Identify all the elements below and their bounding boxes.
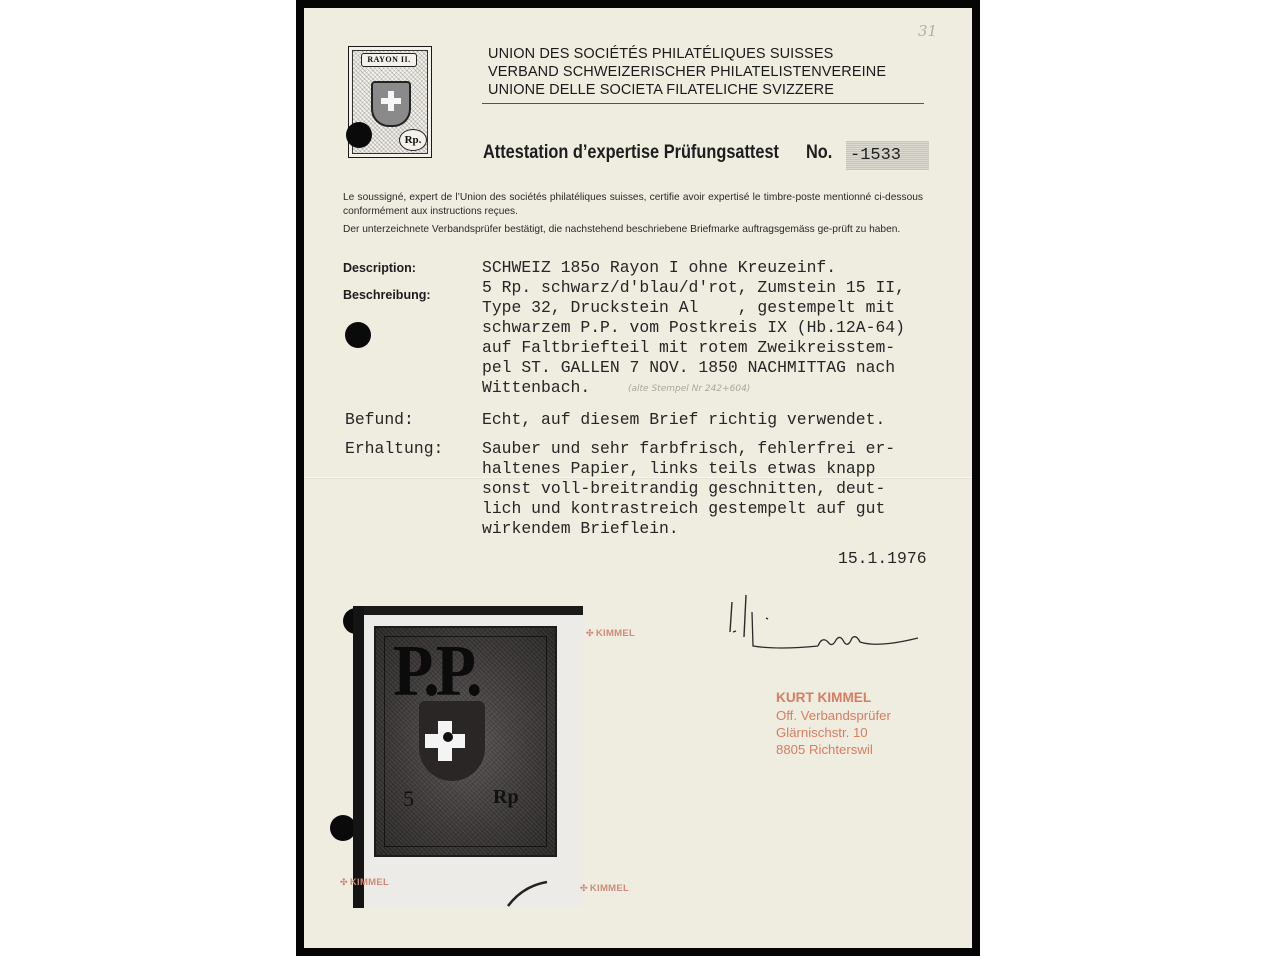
- photo-top-edge: [353, 606, 583, 615]
- expert-stamp-street: Glärnischstr. 10: [776, 725, 868, 740]
- pp-cancellation: P.P.: [393, 630, 479, 714]
- number-label: No.: [806, 142, 832, 164]
- intro-german: Der unterzeichnete Verbandsprüfer bestät…: [343, 223, 923, 237]
- swiss-cross-icon: ✣: [586, 628, 594, 638]
- guarantee-mark: ✣KIMMEL: [340, 877, 389, 888]
- certificate-date: 15.1.1976: [838, 549, 927, 569]
- guarantee-mark-text: KIMMEL: [350, 877, 389, 888]
- org-name-italian: UNIONE DELLE SOCIETA FILATELICHE SVIZZER…: [488, 82, 834, 98]
- certificate-title: Attestation d’expertise Prüfungsattest: [483, 142, 779, 164]
- punch-hole: [346, 122, 372, 148]
- erhaltung-line: sonst voll-breitrandig geschnitten, deut…: [482, 479, 885, 499]
- description-line: SCHWEIZ 185o Rayon I ohne Kreuzeinf.: [482, 258, 836, 278]
- certificate-number: -1533: [846, 141, 929, 170]
- erhaltung-line: haltenes Papier, links teils etwas knapp: [482, 459, 875, 479]
- expert-stamp-name: KURT KIMMEL: [776, 690, 871, 705]
- befund-text: Echt, auf diesem Brief richtig verwendet…: [482, 410, 885, 430]
- expert-stamp-city: 8805 Richterswil: [776, 742, 873, 757]
- stamp-photograph: P.P. 5 Rp: [353, 606, 583, 908]
- swiss-cross-icon: ✣: [580, 883, 588, 893]
- intro-french: Le soussigné, expert de l’Union des soci…: [343, 191, 923, 219]
- org-name-french: UNION DES SOCIÉTÉS PHILATÉLIQUES SUISSES: [488, 46, 833, 62]
- guarantee-mark-text: KIMMEL: [596, 628, 635, 639]
- erhaltung-line: wirkendem Brieflein.: [482, 519, 679, 539]
- erhaltung-line: lich und kontrastreich gestempelt auf gu…: [482, 499, 885, 519]
- pencil-annotation: (alte Stempel Nr 242+604): [628, 384, 750, 394]
- org-name-german: VERBAND SCHWEIZERISCHER PHILATELISTENVER…: [488, 64, 886, 80]
- description-line: schwarzem P.P. vom Postkreis IX (Hb.12A-…: [482, 318, 905, 338]
- description-line: Type 32, Druckstein Al , gestempelt mit: [482, 298, 895, 318]
- label-beschreibung: Beschreibung:: [343, 288, 431, 302]
- erhaltung-line: Sauber und sehr farbfrisch, fehlerfrei e…: [482, 439, 895, 459]
- stamp-currency: Rp: [493, 786, 519, 809]
- logo-denomination: Rp.: [399, 129, 427, 151]
- punch-hole-small: [443, 732, 453, 742]
- logo-banner: RAYON II.: [361, 53, 417, 67]
- description-line: Wittenbach.: [482, 378, 590, 398]
- swiss-shield-icon: [371, 81, 411, 127]
- header-divider: [482, 103, 924, 104]
- guarantee-mark-text: KIMMEL: [590, 883, 629, 894]
- postmark-fragment: [503, 878, 563, 908]
- description-line: auf Faltbriefteil mit rotem Zweikreisste…: [482, 338, 895, 358]
- guarantee-mark: ✣KIMMEL: [586, 628, 635, 639]
- swiss-cross-icon: ✣: [340, 877, 348, 887]
- photo-left-edge: [353, 606, 364, 908]
- stamp-value: 5: [403, 786, 414, 812]
- description-line: pel ST. GALLEN 7 NOV. 1850 NACHMITTAG na…: [482, 358, 895, 378]
- guarantee-mark: ✣KIMMEL: [580, 883, 629, 894]
- label-description: Description:: [343, 261, 416, 275]
- expert-stamp-title: Off. Verbandsprüfer: [776, 708, 891, 723]
- punch-hole: [345, 322, 371, 348]
- label-befund: Befund:: [345, 410, 414, 430]
- label-erhaltung: Erhaltung:: [345, 439, 443, 459]
- expert-signature: [718, 592, 928, 662]
- description-line: 5 Rp. schwarz/d'blau/d'rot, Zumstein 15 …: [482, 278, 905, 298]
- swiss-cross-bar: [381, 98, 401, 104]
- folio-number: 31: [918, 22, 937, 40]
